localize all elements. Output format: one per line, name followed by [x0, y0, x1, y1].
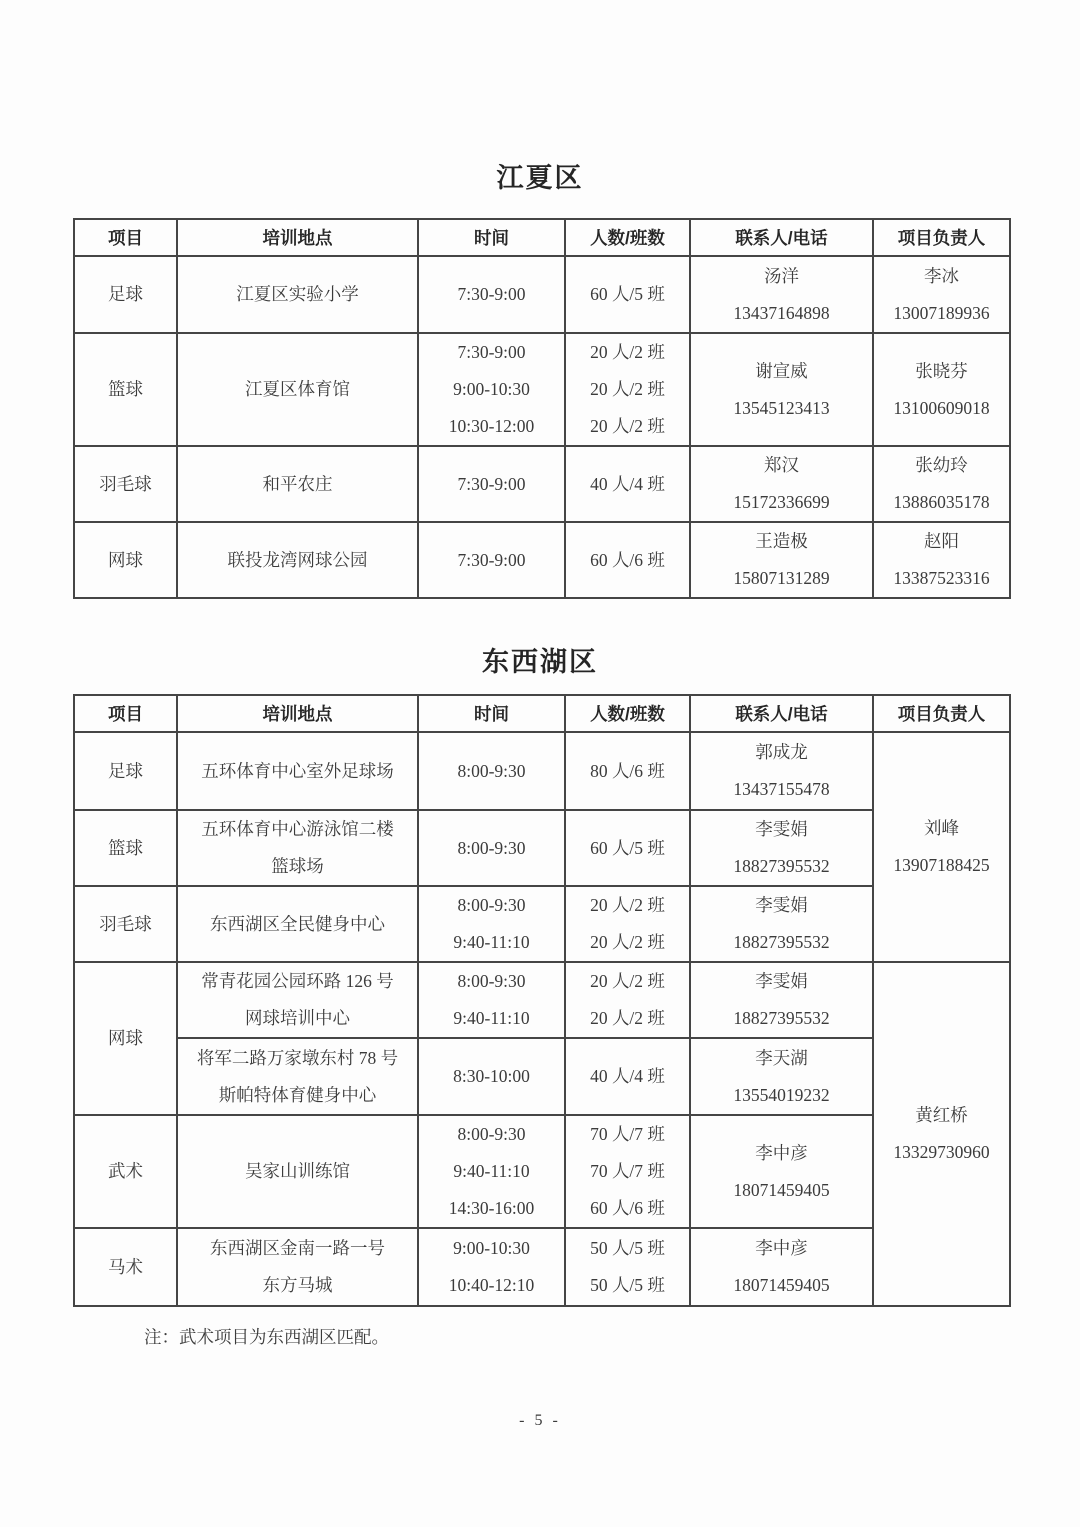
count-cell: 40 人/4 班	[565, 446, 690, 522]
count-value: 60 人/5 班	[568, 830, 687, 867]
leader-phone: 13100609018	[876, 390, 1007, 427]
venue-cell: 五环体育中心室外足球场	[177, 732, 418, 810]
sport-label: 武术	[77, 1153, 174, 1190]
leader-phone: 13387523316	[876, 560, 1007, 597]
column-header-time: 时间	[418, 219, 565, 256]
sport-cell: 足球	[74, 256, 177, 333]
time-slot: 8:00-9:30	[421, 963, 562, 1000]
contact-name: 李雯娟	[693, 963, 870, 1000]
count-value: 50 人/5 班	[568, 1267, 687, 1304]
count-cell: 20 人/2 班 20 人/2 班 20 人/2 班	[565, 333, 690, 446]
leader-cell: 张晓芬 13100609018	[873, 333, 1010, 446]
document-page: 江夏区 项目 培训地点 时间 人数/班数 联系人/电话 项目负责人 足球 江夏区…	[0, 0, 1080, 1527]
venue-cell: 和平农庄	[177, 446, 418, 522]
schedule-table-dongxihu: 项目 培训地点 时间 人数/班数 联系人/电话 项目负责人 足球 五环体育中心室…	[73, 694, 1011, 1307]
time-slot: 8:00-9:30	[421, 1116, 562, 1153]
table-row-football: 足球 五环体育中心室外足球场 8:00-9:30 80 人/6 班 郭成龙 13…	[74, 732, 1010, 810]
time-slot: 9:40-11:10	[421, 924, 562, 961]
venue-cell: 吴家山训练馆	[177, 1115, 418, 1228]
time-cell: 7:30-9:00	[418, 256, 565, 333]
count-cell: 20 人/2 班 20 人/2 班	[565, 886, 690, 962]
district-title-jiangxia: 江夏区	[0, 158, 1080, 198]
time-slot: 7:30-9:00	[421, 466, 562, 503]
venue-line: 将军二路万家墩东村 78 号	[180, 1040, 415, 1077]
table-row-equestrian: 马术 东西湖区金南一路一号 东方马城 9:00-10:30 10:40-12:1…	[74, 1228, 1010, 1306]
contact-name: 李雯娟	[693, 887, 870, 924]
venue-line: 吴家山训练馆	[180, 1153, 415, 1190]
venue-line: 江夏区实验小学	[180, 276, 415, 313]
column-header-time: 时间	[418, 695, 565, 732]
count-cell: 80 人/6 班	[565, 732, 690, 810]
leader-name: 刘峰	[876, 810, 1007, 847]
contact-cell: 郑汉 15172336699	[690, 446, 873, 522]
count-value: 20 人/2 班	[568, 334, 687, 371]
table-header-row: 项目 培训地点 时间 人数/班数 联系人/电话 项目负责人	[74, 219, 1010, 256]
column-header-count: 人数/班数	[565, 219, 690, 256]
leader-phone: 13007189936	[876, 295, 1007, 332]
venue-cell: 东西湖区金南一路一号 东方马城	[177, 1228, 418, 1306]
leader-name: 张幼玲	[876, 447, 1007, 484]
venue-line: 东西湖区金南一路一号	[180, 1230, 415, 1267]
venue-cell: 五环体育中心游泳馆二楼 篮球场	[177, 810, 418, 886]
footnote: 注：武术项目为东西湖区匹配。	[144, 1322, 1080, 1352]
contact-cell: 王造极 15807131289	[690, 522, 873, 598]
leader-name: 张晓芬	[876, 353, 1007, 390]
sport-cell: 武术	[74, 1115, 177, 1228]
sport-cell: 篮球	[74, 810, 177, 886]
time-slot: 9:00-10:30	[421, 371, 562, 408]
venue-line: 东西湖区全民健身中心	[180, 906, 415, 943]
count-cell: 50 人/5 班 50 人/5 班	[565, 1228, 690, 1306]
venue-cell: 东西湖区全民健身中心	[177, 886, 418, 962]
table-row-tennis-1: 网球 常青花园公园环路 126 号 网球培训中心 8:00-9:30 9:40-…	[74, 962, 1010, 1038]
contact-phone: 15807131289	[693, 560, 870, 597]
count-cell: 60 人/5 班	[565, 810, 690, 886]
sport-cell: 羽毛球	[74, 886, 177, 962]
time-cell: 8:00-9:30 9:40-11:10	[418, 886, 565, 962]
count-value: 80 人/6 班	[568, 753, 687, 790]
contact-name: 李雯娟	[693, 811, 870, 848]
contact-cell: 李中彦 18071459405	[690, 1115, 873, 1228]
venue-line: 和平农庄	[180, 466, 415, 503]
sport-label: 羽毛球	[77, 466, 174, 503]
column-header-contact: 联系人/电话	[690, 219, 873, 256]
time-slot: 7:30-9:00	[421, 334, 562, 371]
time-cell: 8:00-9:30	[418, 732, 565, 810]
count-cell: 70 人/7 班 70 人/7 班 60 人/6 班	[565, 1115, 690, 1228]
time-slot: 7:30-9:00	[421, 276, 562, 313]
contact-phone: 18827395532	[693, 924, 870, 961]
leader-cell-huanghongqiao: 黄红桥 13329730960	[873, 962, 1010, 1306]
contact-name: 李中彦	[693, 1135, 870, 1172]
contact-name: 李中彦	[693, 1230, 870, 1267]
count-value: 20 人/2 班	[568, 371, 687, 408]
table-row-tennis-2: 将军二路万家墩东村 78 号 斯帕特体育健身中心 8:30-10:00 40 人…	[74, 1038, 1010, 1115]
sport-label: 网球	[77, 1020, 174, 1057]
column-header-leader: 项目负责人	[873, 219, 1010, 256]
contact-phone: 18827395532	[693, 848, 870, 885]
count-value: 20 人/2 班	[568, 963, 687, 1000]
table-header-row: 项目 培训地点 时间 人数/班数 联系人/电话 项目负责人	[74, 695, 1010, 732]
sport-label: 马术	[77, 1249, 174, 1286]
page-number: - 5 -	[0, 1412, 1080, 1430]
contact-cell: 李雯娟 18827395532	[690, 962, 873, 1038]
time-cell: 7:30-9:00	[418, 522, 565, 598]
venue-line: 五环体育中心室外足球场	[180, 753, 415, 790]
table-row-badminton: 羽毛球 东西湖区全民健身中心 8:00-9:30 9:40-11:10 20 人…	[74, 886, 1010, 962]
schedule-table-jiangxia: 项目 培训地点 时间 人数/班数 联系人/电话 项目负责人 足球 江夏区实验小学…	[73, 218, 1011, 599]
count-value: 40 人/4 班	[568, 466, 687, 503]
venue-line: 联投龙湾网球公园	[180, 542, 415, 579]
leader-name: 赵阳	[876, 523, 1007, 560]
table-row-basketball: 篮球 五环体育中心游泳馆二楼 篮球场 8:00-9:30 60 人/5 班 李雯…	[74, 810, 1010, 886]
time-slot: 8:00-9:30	[421, 830, 562, 867]
venue-line: 五环体育中心游泳馆二楼	[180, 811, 415, 848]
time-slot: 9:40-11:10	[421, 1000, 562, 1037]
district-title-dongxihu: 东西湖区	[0, 642, 1080, 682]
sport-cell: 网球	[74, 962, 177, 1115]
time-cell: 9:00-10:30 10:40-12:10	[418, 1228, 565, 1306]
table-row-tennis: 网球 联投龙湾网球公园 7:30-9:00 60 人/6 班 王造极 15807…	[74, 522, 1010, 598]
time-cell: 7:30-9:00	[418, 446, 565, 522]
count-value: 60 人/6 班	[568, 542, 687, 579]
contact-phone: 18827395532	[693, 1000, 870, 1037]
venue-line: 东方马城	[180, 1267, 415, 1304]
venue-line: 网球培训中心	[180, 1000, 415, 1037]
column-header-venue: 培训地点	[177, 219, 418, 256]
sport-cell: 羽毛球	[74, 446, 177, 522]
table-row-wushu: 武术 吴家山训练馆 8:00-9:30 9:40-11:10 14:30-16:…	[74, 1115, 1010, 1228]
count-value: 20 人/2 班	[568, 408, 687, 445]
table-row-badminton: 羽毛球 和平农庄 7:30-9:00 40 人/4 班 郑汉 151723366…	[74, 446, 1010, 522]
venue-cell: 常青花园公园环路 126 号 网球培训中心	[177, 962, 418, 1038]
contact-cell: 李中彦 18071459405	[690, 1228, 873, 1306]
contact-phone: 18071459405	[693, 1172, 870, 1209]
sport-label: 足球	[77, 753, 174, 790]
count-cell: 60 人/5 班	[565, 256, 690, 333]
sport-label: 羽毛球	[77, 906, 174, 943]
contact-name: 郭成龙	[693, 734, 870, 771]
time-slot: 8:30-10:00	[421, 1058, 562, 1095]
venue-cell: 江夏区实验小学	[177, 256, 418, 333]
count-cell: 60 人/6 班	[565, 522, 690, 598]
time-cell: 7:30-9:00 9:00-10:30 10:30-12:00	[418, 333, 565, 446]
time-cell: 8:30-10:00	[418, 1038, 565, 1115]
table-row-football: 足球 江夏区实验小学 7:30-9:00 60 人/5 班 汤洋 1343716…	[74, 256, 1010, 333]
contact-name: 李天湖	[693, 1040, 870, 1077]
time-cell: 8:00-9:30 9:40-11:10 14:30-16:00	[418, 1115, 565, 1228]
count-value: 50 人/5 班	[568, 1230, 687, 1267]
time-slot: 10:30-12:00	[421, 408, 562, 445]
time-slot: 8:00-9:30	[421, 887, 562, 924]
column-header-project: 项目	[74, 219, 177, 256]
sport-label: 足球	[77, 276, 174, 313]
sport-label: 篮球	[77, 371, 174, 408]
leader-phone: 13329730960	[876, 1134, 1007, 1171]
count-value: 20 人/2 班	[568, 887, 687, 924]
venue-cell: 江夏区体育馆	[177, 333, 418, 446]
contact-phone: 13437164898	[693, 295, 870, 332]
contact-phone: 18071459405	[693, 1267, 870, 1304]
contact-phone: 13554019232	[693, 1077, 870, 1114]
count-value: 20 人/2 班	[568, 1000, 687, 1037]
sport-label: 网球	[77, 542, 174, 579]
contact-phone: 13545123413	[693, 390, 870, 427]
table-row-basketball: 篮球 江夏区体育馆 7:30-9:00 9:00-10:30 10:30-12:…	[74, 333, 1010, 446]
count-cell: 40 人/4 班	[565, 1038, 690, 1115]
count-value: 70 人/7 班	[568, 1153, 687, 1190]
sport-label: 篮球	[77, 830, 174, 867]
contact-name: 王造极	[693, 523, 870, 560]
sport-cell: 篮球	[74, 333, 177, 446]
time-slot: 9:00-10:30	[421, 1230, 562, 1267]
venue-line: 篮球场	[180, 848, 415, 885]
column-header-venue: 培训地点	[177, 695, 418, 732]
count-value: 70 人/7 班	[568, 1116, 687, 1153]
time-cell: 8:00-9:30	[418, 810, 565, 886]
contact-cell: 李天湖 13554019232	[690, 1038, 873, 1115]
leader-cell: 李冰 13007189936	[873, 256, 1010, 333]
contact-cell: 谢宣威 13545123413	[690, 333, 873, 446]
venue-cell: 将军二路万家墩东村 78 号 斯帕特体育健身中心	[177, 1038, 418, 1115]
time-slot: 7:30-9:00	[421, 542, 562, 579]
sport-cell: 足球	[74, 732, 177, 810]
count-value: 60 人/5 班	[568, 276, 687, 313]
contact-phone: 13437155478	[693, 771, 870, 808]
time-slot: 10:40-12:10	[421, 1267, 562, 1304]
column-header-project: 项目	[74, 695, 177, 732]
leader-name: 黄红桥	[876, 1097, 1007, 1134]
leader-phone: 13907188425	[876, 847, 1007, 884]
count-value: 60 人/6 班	[568, 1190, 687, 1227]
venue-line: 江夏区体育馆	[180, 371, 415, 408]
contact-cell: 李雯娟 18827395532	[690, 886, 873, 962]
contact-cell: 李雯娟 18827395532	[690, 810, 873, 886]
venue-line: 斯帕特体育健身中心	[180, 1077, 415, 1114]
leader-cell: 赵阳 13387523316	[873, 522, 1010, 598]
contact-name: 郑汉	[693, 447, 870, 484]
column-header-leader: 项目负责人	[873, 695, 1010, 732]
column-header-count: 人数/班数	[565, 695, 690, 732]
count-value: 20 人/2 班	[568, 924, 687, 961]
count-cell: 20 人/2 班 20 人/2 班	[565, 962, 690, 1038]
sport-cell: 网球	[74, 522, 177, 598]
leader-cell-liufeng: 刘峰 13907188425	[873, 732, 1010, 962]
time-slot: 8:00-9:30	[421, 753, 562, 790]
contact-cell: 郭成龙 13437155478	[690, 732, 873, 810]
time-cell: 8:00-9:30 9:40-11:10	[418, 962, 565, 1038]
contact-phone: 15172336699	[693, 484, 870, 521]
time-slot: 14:30-16:00	[421, 1190, 562, 1227]
venue-cell: 联投龙湾网球公园	[177, 522, 418, 598]
leader-cell: 张幼玲 13886035178	[873, 446, 1010, 522]
contact-cell: 汤洋 13437164898	[690, 256, 873, 333]
sport-cell: 马术	[74, 1228, 177, 1306]
leader-phone: 13886035178	[876, 484, 1007, 521]
column-header-contact: 联系人/电话	[690, 695, 873, 732]
contact-name: 汤洋	[693, 258, 870, 295]
leader-name: 李冰	[876, 258, 1007, 295]
time-slot: 9:40-11:10	[421, 1153, 562, 1190]
contact-name: 谢宣威	[693, 353, 870, 390]
count-value: 40 人/4 班	[568, 1058, 687, 1095]
venue-line: 常青花园公园环路 126 号	[180, 963, 415, 1000]
